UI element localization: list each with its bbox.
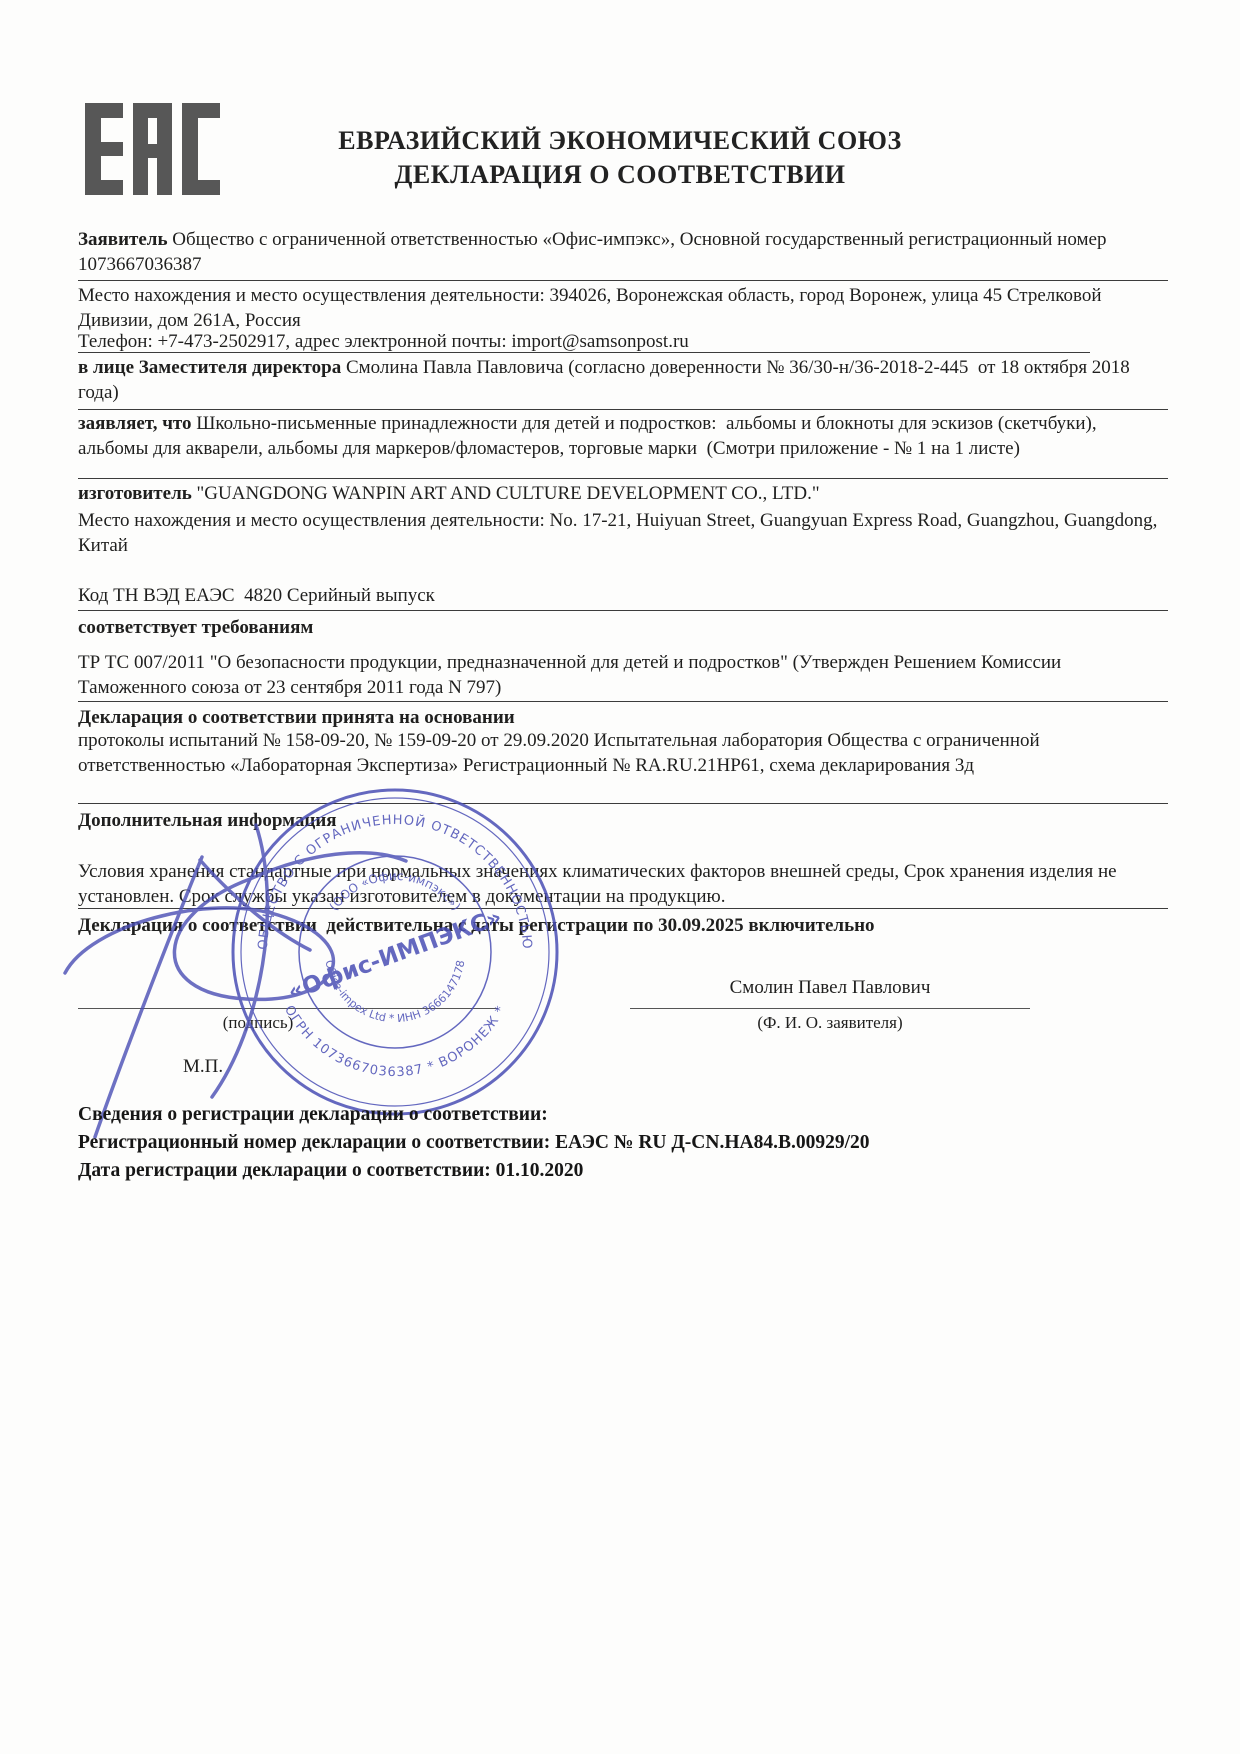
registration-title: Сведения о регистрации декларации о соот… (78, 1102, 1168, 1127)
registration-number: Регистрационный номер декларации о соотв… (78, 1130, 1168, 1155)
declares-label: заявляет, что (78, 413, 192, 434)
phone-paragraph: Телефон: +7-473-2502917, адрес электронн… (78, 329, 1168, 354)
applicant-paragraph: Заявитель Общество с ограниченной ответс… (78, 227, 1168, 277)
location-paragraph: Место нахождения и место осуществления д… (78, 283, 1168, 333)
manufacturer-paragraph: изготовитель "GUANGDONG WANPIN ART AND C… (78, 481, 1168, 506)
declares-paragraph: заявляет, что Школьно-письменные принадл… (78, 411, 1168, 461)
manufacturer-address: Место нахождения и место осуществления д… (78, 508, 1168, 558)
basis-label: Декларация о соответствии принята на осн… (78, 705, 1168, 730)
company-stamp-and-signature: ОБЩЕСТВО С ОГРАНИЧЕННОЙ ОТВЕТСТВЕННОСТЬЮ… (50, 765, 690, 1160)
document-title-line1: ЕВРАЗИЙСКИЙ ЭКОНОМИЧЕСКИЙ СОЮЗ (80, 126, 1160, 156)
representative-text-before: Смолина Павла Павловича (согласно довере… (341, 357, 789, 378)
applicant-text: Общество с ограниченной ответственностью… (78, 229, 1111, 275)
tnved-code-line: Код ТН ВЭД ЕАЭС 4820 Серийный выпуск (78, 583, 1168, 608)
stamp-texts: ОБЩЕСТВО С ОГРАНИЧЕННОЙ ОТВЕТСТВЕННОСТЬЮ… (256, 813, 534, 1080)
divider (78, 701, 1168, 702)
svg-text:(ООО «Офис-импэкс»): (ООО «Офис-импэкс») (327, 869, 464, 913)
manufacturer-name: "GUANGDONG WANPIN ART AND CULTURE DEVELO… (192, 483, 820, 504)
divider (78, 478, 1168, 479)
complies-label: соответствует требованиям (78, 615, 1168, 640)
applicant-name: Смолин Павел Павлович (630, 975, 1030, 1000)
applicant-label: Заявитель (78, 229, 168, 250)
representative-paragraph: в лице Заместителя директора Смолина Пав… (78, 355, 1168, 405)
name-caption: (Ф. И. О. заявителя) (630, 1013, 1030, 1033)
declaration-document: ЕВРАЗИЙСКИЙ ЭКОНОМИЧЕСКИЙ СОЮЗ ДЕКЛАРАЦИ… (0, 0, 1240, 1754)
registration-date: Дата регистрации декларации о соответств… (78, 1158, 1168, 1183)
power-of-attorney-number: 36/30-н/36-2018-2-445 (789, 357, 968, 378)
regulation-paragraph: ТР ТС 007/2011 "О безопасности продукции… (78, 650, 1168, 700)
divider (78, 610, 1168, 611)
name-line (630, 1008, 1030, 1009)
stamp-center-text: «Офис-ИМПЭКС» (285, 904, 506, 1005)
manufacturer-label: изготовитель (78, 483, 192, 504)
representative-label: в лице Заместителя директора (78, 357, 341, 378)
divider (78, 409, 1168, 410)
stamp-inner-text-top: (ООО «Офис-импэкс») (327, 869, 464, 913)
declares-text: Школьно-письменные принадлежности для де… (78, 413, 1101, 459)
document-title-line2: ДЕКЛАРАЦИЯ О СООТВЕТСТВИИ (80, 160, 1160, 190)
divider (78, 280, 1168, 281)
divider (78, 352, 1090, 353)
